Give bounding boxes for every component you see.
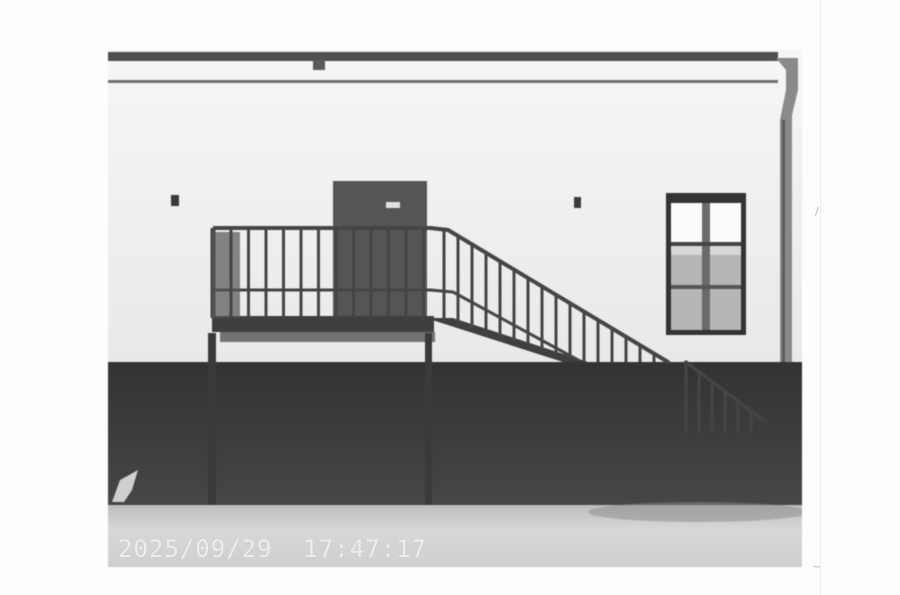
paper-fold-line: [820, 0, 821, 595]
scan-speck: ~: [812, 560, 821, 573]
facade-photo: [108, 50, 802, 567]
photo-timestamp: 2025/09/29 17:47:17: [118, 535, 427, 563]
scan-speck: /: [815, 205, 819, 218]
